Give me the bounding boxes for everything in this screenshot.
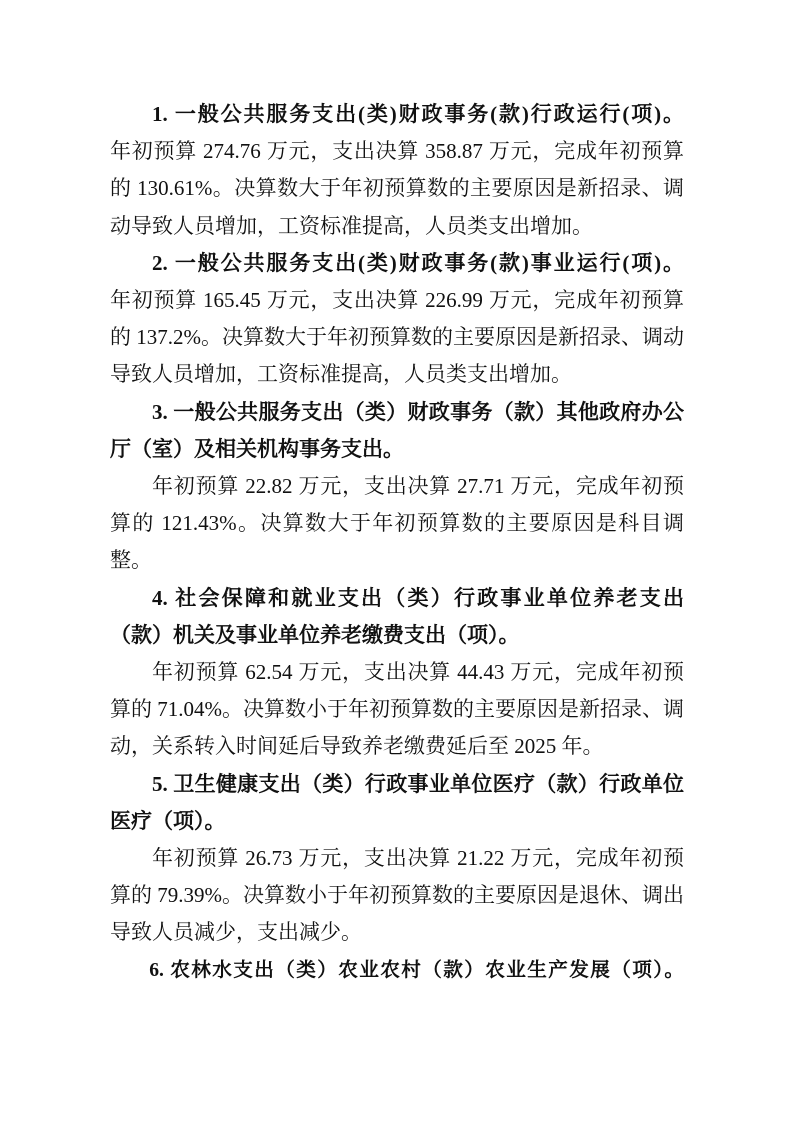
section-1-body: 年初预算 274.76 万元，支出决算 358.87 万元，完成年初预算的 13… [110, 133, 684, 245]
section-2-heading: 2. 一般公共服务支出(类)财政事务(款)事业运行(项)。 [152, 251, 684, 275]
section-5-heading-line: 5. 卫生健康支出（类）行政事业单位医疗（款）行政单位医疗（项）。 [110, 766, 684, 840]
document-page: 1. 一般公共服务支出(类)财政事务(款)行政运行(项)。 年初预算 274.7… [0, 0, 793, 1122]
section-5-heading: 5. 卫生健康支出（类）行政事业单位医疗（款）行政单位医疗（项）。 [110, 772, 684, 833]
section-5-body: 年初预算 26.73 万元，支出决算 21.22 万元，完成年初预算的 79.3… [110, 840, 684, 952]
section-4: 4. 社会保障和就业支出（类）行政事业单位养老支出（款）机关及事业单位养老缴费支… [110, 580, 684, 766]
section-1-heading-line: 1. 一般公共服务支出(类)财政事务(款)行政运行(项)。 [110, 96, 684, 133]
section-3-heading-line: 3. 一般公共服务支出（类）财政事务（款）其他政府办公厅（室）及相关机构事务支出… [110, 394, 684, 468]
section-6-heading: 6. 农林水支出（类）农业农村（款）农业生产发展（项）。 [149, 960, 684, 981]
section-2: 2. 一般公共服务支出(类)财政事务(款)事业运行(项)。 年初预算 165.4… [110, 245, 684, 394]
section-3: 3. 一般公共服务支出（类）财政事务（款）其他政府办公厅（室）及相关机构事务支出… [110, 394, 684, 580]
section-4-body: 年初预算 62.54 万元，支出决算 44.43 万元，完成年初预算的 71.0… [110, 654, 684, 766]
section-2-body: 年初预算 165.45 万元，支出决算 226.99 万元，完成年初预算的 13… [110, 282, 684, 394]
document-content: 1. 一般公共服务支出(类)财政事务(款)行政运行(项)。 年初预算 274.7… [110, 96, 684, 989]
section-6: 6. 农林水支出（类）农业农村（款）农业生产发展（项）。 [110, 952, 684, 989]
section-3-body: 年初预算 22.82 万元，支出决算 27.71 万元，完成年初预算的 121.… [110, 468, 684, 580]
section-1-heading: 1. 一般公共服务支出(类)财政事务(款)行政运行(项)。 [152, 102, 684, 126]
section-1: 1. 一般公共服务支出(类)财政事务(款)行政运行(项)。 年初预算 274.7… [110, 96, 684, 245]
section-3-heading: 3. 一般公共服务支出（类）财政事务（款）其他政府办公厅（室）及相关机构事务支出… [110, 400, 684, 461]
section-4-heading: 4. 社会保障和就业支出（类）行政事业单位养老支出（款）机关及事业单位养老缴费支… [110, 586, 684, 647]
section-6-heading-line: 6. 农林水支出（类）农业农村（款）农业生产发展（项）。 [110, 952, 684, 989]
section-4-heading-line: 4. 社会保障和就业支出（类）行政事业单位养老支出（款）机关及事业单位养老缴费支… [110, 580, 684, 654]
section-2-heading-line: 2. 一般公共服务支出(类)财政事务(款)事业运行(项)。 [110, 245, 684, 282]
section-5: 5. 卫生健康支出（类）行政事业单位医疗（款）行政单位医疗（项）。 年初预算 2… [110, 766, 684, 952]
